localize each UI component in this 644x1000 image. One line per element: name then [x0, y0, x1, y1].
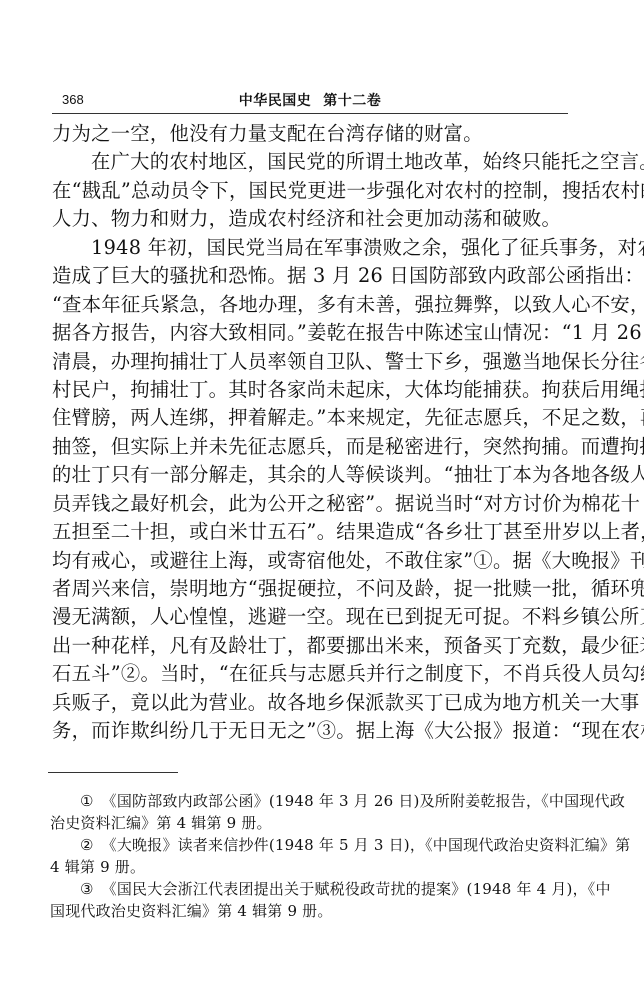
paragraph-start-line: 在广大的农村地区，国民党的所谓土地改革，始终只能托之空言。 — [52, 148, 572, 176]
body-line: 力为之一空，他没有力量支配在台湾存储的财富。 — [52, 120, 572, 148]
footnote-line: ①《国防部致内政部公函》(1948 年 3 月 26 日)及所附姜乾报告，《中国… — [50, 790, 575, 812]
body-line: 人力、物力和财力，造成农村经济和社会更加动荡和破败。 — [52, 205, 572, 233]
footnote-2: ②《大晚报》读者来信抄件(1948 年 5 月 3 日)，《中国现代政治史资料汇… — [50, 834, 575, 878]
footnote-text: 《国防部致内政部公函》(1948 年 3 月 26 日)及所附姜乾报告，《中国现… — [102, 792, 625, 810]
footnote-line: 4 辑第 9 册。 — [50, 856, 575, 878]
footnote-line: 治史资料汇编》第 4 辑第 9 册。 — [50, 812, 575, 834]
body-line: 造成了巨大的骚扰和恐怖。据 3 月 26 日国防部致内政部公函指出： — [52, 262, 572, 290]
body-line: 兵贩子，竟以此为营业。故各地乡保派款买丁已成为地方机关一大事 — [52, 689, 572, 717]
body-line: 村民户，拘捕壮丁。其时各家尚未起床，大体均能捕获。拘获后用绳扎 — [52, 376, 572, 404]
body-line: 员弄钱之最好机会，此为公开之秘密”。据说当时“对方讨价为棉花十 — [52, 490, 572, 518]
body-line: 均有戒心，或避往上海，或寄宿他处，不敢住家”①。据《大晚报》刊载读 — [52, 547, 572, 575]
footnote-text: 《大晚报》读者来信抄件(1948 年 5 月 3 日)，《中国现代政治史资料汇编… — [102, 836, 631, 854]
footnote-line: ②《大晚报》读者来信抄件(1948 年 5 月 3 日)，《中国现代政治史资料汇… — [50, 834, 575, 856]
body-line: 务，而诈欺纠纷几于无日无之”③。据上海《大公报》报道：“现在农村普 — [52, 717, 572, 745]
body-line: 者周兴来信，崇明地方“强捉硬拉，不问及龄，捉一批赎一批，循环兜转， — [52, 575, 572, 603]
body-text: 力为之一空，他没有力量支配在台湾存储的财富。 在广大的农村地区，国民党的所谓土地… — [52, 120, 572, 746]
footnote-1: ①《国防部致内政部公函》(1948 年 3 月 26 日)及所附姜乾报告，《中国… — [50, 790, 575, 834]
paragraph-start-line: 1948 年初，国民党当局在军事溃败之余，强化了征兵事务，对农村 — [52, 234, 572, 262]
header-rule — [52, 113, 568, 114]
body-line: 五担至二十担，或白米廿五石”。结果造成“各乡壮丁甚至卅岁以上者， — [52, 518, 572, 546]
body-line: “查本年征兵紧急，各地办理，多有未善，强拉舞弊，以致人心不安，先后 — [52, 291, 572, 319]
footnote-line: 国现代政治史资料汇编》第 4 辑第 9 册。 — [50, 900, 575, 922]
body-line: 在“戡乱”总动员令下，国民党更进一步强化对农村的控制，搜括农村的 — [52, 177, 572, 205]
running-head: 368 中华民国史第十二卷 — [52, 90, 568, 110]
body-line: 石五斗”②。当时，“在征兵与志愿兵并行之制度下，不肖兵役人员勾结 — [52, 660, 572, 688]
body-line: 漫无满额，人心惶惶，逃避一空。现在已到捉无可捉。不料乡镇公所又 — [52, 603, 572, 631]
body-line: 清晨，办理拘捕壮丁人员率领自卫队、警士下乡，强邀当地保长分往各 — [52, 348, 572, 376]
body-line: 出一种花样，凡有及龄壮丁，都要挪出米来，预备买丁充数，最少征米一 — [52, 632, 572, 660]
body-line: 抽签，但实际上并未先征志愿兵，而是秘密进行，突然拘捕。而遭拘捕 — [52, 433, 572, 461]
footnote-text: 《国民大会浙江代表团提出关于赋税役政苛扰的提案》(1948 年 4 月)，《中 — [102, 880, 611, 898]
footnote-marker: ③ — [80, 880, 94, 898]
book-title-text: 中华民国史 — [239, 93, 312, 109]
body-line: 据各方报告，内容大致相同。”姜乾在报告中陈述宝山情况：“1 月 26 日 — [52, 319, 572, 347]
footnote-line: ③《国民大会浙江代表团提出关于赋税役政苛扰的提案》(1948 年 4 月)，《中 — [50, 878, 575, 900]
footnote-marker: ② — [80, 836, 94, 854]
volume-label: 第十二卷 — [323, 93, 381, 109]
footnote-3: ③《国民大会浙江代表团提出关于赋税役政苛扰的提案》(1948 年 4 月)，《中… — [50, 878, 575, 922]
body-line: 的壮丁只有一部分解走，其余的人等候谈判。“抽壮丁本为各地各级人 — [52, 461, 572, 489]
body-line: 住臂膀，两人连绑，押着解走。”本来规定，先征志愿兵，不足之数，再行 — [52, 404, 572, 432]
footnote-marker: ① — [80, 792, 94, 810]
book-title: 中华民国史第十二卷 — [52, 90, 568, 110]
footnotes: ①《国防部致内政部公函》(1948 年 3 月 26 日)及所附姜乾报告，《中国… — [50, 790, 575, 922]
footnote-rule — [48, 772, 178, 773]
book-page: 368 中华民国史第十二卷 力为之一空，他没有力量支配在台湾存储的财富。 在广大… — [0, 0, 644, 1000]
